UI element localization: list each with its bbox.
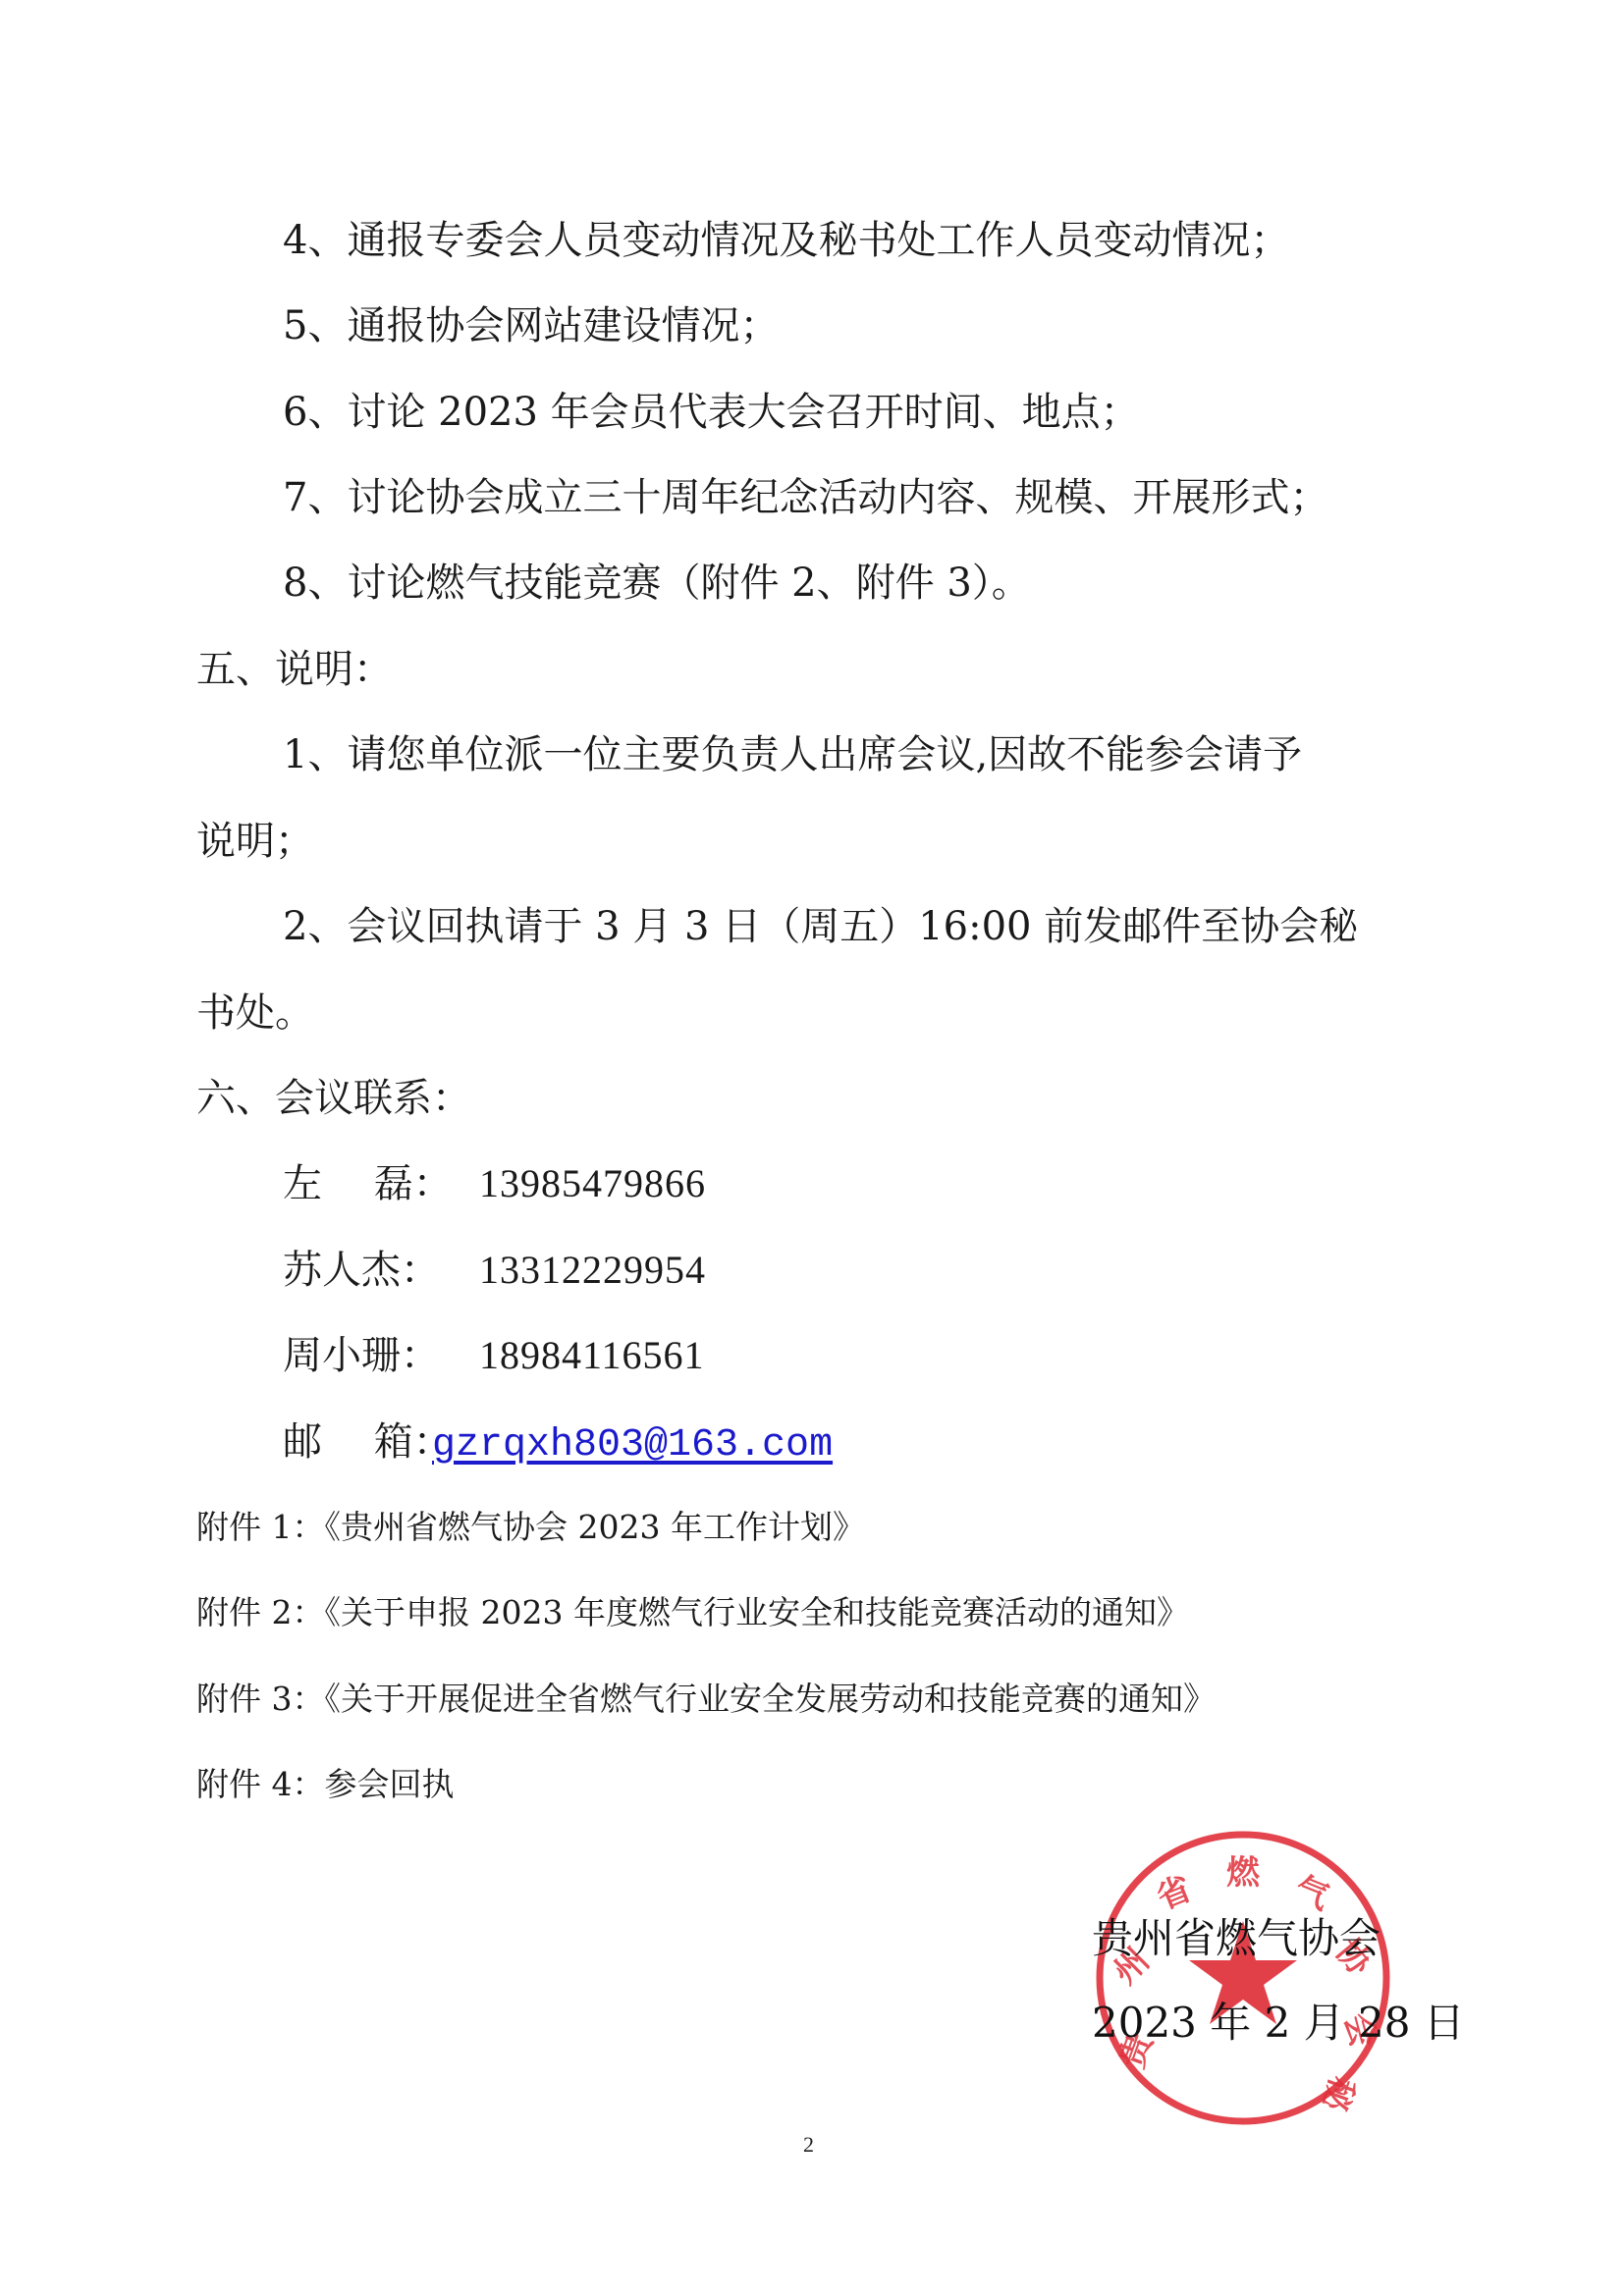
email-link[interactable]: gzrqxh803@163.com <box>432 1423 833 1468</box>
svg-text:秘: 秘 <box>1313 2071 1362 2117</box>
agenda-item-8: 8、讨论燃气技能竞赛（附件 2、附件 3）。 <box>283 560 1031 607</box>
agenda-item-5: 5、通报协会网站建设情况； <box>283 302 779 349</box>
contact-row: 左 磊：13985479866 <box>283 1160 706 1207</box>
contact-row: 周小珊：18984116561 <box>283 1332 705 1379</box>
official-seal-icon: 贵 州 省 燃 气 协 会 秘 <box>1092 1827 1394 2129</box>
email-label: 邮 箱： <box>283 1418 432 1466</box>
email-row: 邮 箱：gzrqxh803@163.com <box>283 1418 833 1469</box>
note-2-line2: 书处。 <box>196 989 314 1037</box>
contact-phone: 13312229954 <box>479 1248 706 1292</box>
attachment-3: 附件 3：《关于开展促进全省燃气行业安全发展劳动和技能竞赛的通知》 <box>196 1680 1216 1719</box>
contact-name: 左 磊： <box>283 1160 479 1207</box>
contact-row: 苏人杰：13312229954 <box>283 1247 706 1294</box>
agenda-item-7: 7、讨论协会成立三十周年纪念活动内容、规模、开展形式； <box>283 474 1328 521</box>
svg-text:气: 气 <box>1289 1869 1335 1918</box>
contact-name: 苏人杰： <box>283 1247 479 1294</box>
attachment-2: 附件 2：《关于申报 2023 年度燃气行业安全和技能竞赛活动的通知》 <box>196 1593 1189 1632</box>
signature-date: 2023 年 2 月 28 日 <box>1092 1999 1465 2048</box>
agenda-item-6: 6、讨论 2023 年会员代表大会召开时间、地点； <box>283 389 1140 436</box>
signature-org: 贵州省燃气协会 <box>1092 1914 1380 1963</box>
note-2-line1: 2、会议回执请于 3 月 3 日（周五）16:00 前发邮件至协会秘 <box>283 903 1358 950</box>
contact-name: 周小珊： <box>283 1332 479 1379</box>
note-1-line1: 1、请您单位派一位主要负责人出席会议,因故不能参会请予 <box>283 731 1302 778</box>
contact-phone: 18984116561 <box>479 1333 705 1377</box>
svg-text:省: 省 <box>1152 1869 1198 1918</box>
note-1-line2: 说明； <box>196 818 314 865</box>
section6-heading: 六、会议联系： <box>196 1075 471 1122</box>
page-number: 2 <box>803 2132 814 2158</box>
section5-heading: 五、说明： <box>196 646 393 693</box>
contact-phone: 13985479866 <box>479 1161 706 1205</box>
attachment-1: 附件 1：《贵州省燃气协会 2023 年工作计划》 <box>196 1508 865 1547</box>
attachment-4: 附件 4：参会回执 <box>196 1765 455 1804</box>
agenda-item-4: 4、通报专委会人员变动情况及秘书处工作人员变动情况； <box>283 217 1289 264</box>
svg-text:燃: 燃 <box>1226 1853 1261 1893</box>
